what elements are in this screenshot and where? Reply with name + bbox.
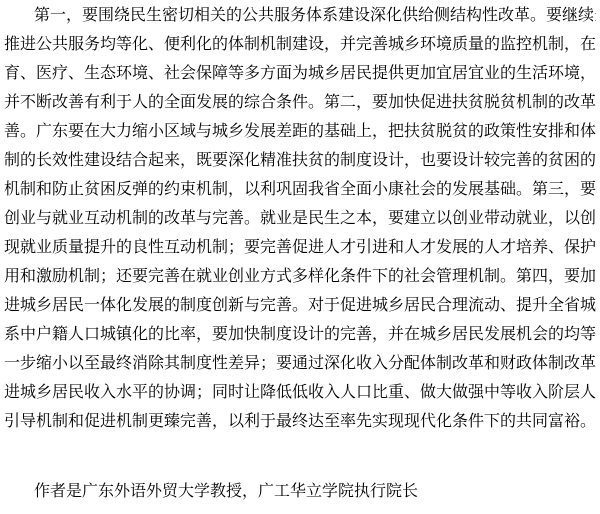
body-paragraph: 第一，要围绕民生密切相关的公共服务体系建设深化供给侧结构性改革。要继续全面 推进… [4,0,596,435]
paragraph-line: 进城乡居民一体化发展的制度创新与完善。对于促进城乡居民合理流动、提升全省城镇体 [4,290,596,319]
paragraph-line: 第一，要围绕民生密切相关的公共服务体系建设深化供给侧结构性改革。要继续全面 [4,0,596,29]
paragraph-line: 一步缩小以至最终消除其制度性差异；要通过深化收入分配体制改革和财政体制改革，促 [4,348,596,377]
paragraph-line: 制的长效性建设结合起来，既要深化精准扶贫的制度设计，也要设计较完善的贫困的退出 [4,145,596,174]
paragraph-line: 引导机制和促进机制更臻完善，以利于最终达至率先实现现代化条件下的共同富裕。 [4,406,596,435]
paragraph-line: 育、医疗、生态环境、社会保障等多方面为城乡居民提供更加宜居宜业的生活环境，创造 [4,58,596,87]
paragraph-line: 创业与就业互动机制的改革与完善。就业是民生之本，要建立以创业带动就业，以创新实 [4,203,596,232]
paragraph-line: 机制和防止贫困反弹的约束机制，以利巩固我省全面小康社会的发展基础。第三，要加快 [4,174,596,203]
paragraph-line: 推进公共服务均等化、便利化的体制机制建设，并完善城乡环境质量的监控机制，在教 [4,29,596,58]
paragraph-line: 用和激励机制；还要完善在就业创业方式多样化条件下的社会管理机制。第四，要加强促 [4,261,596,290]
document-page: 第一，要围绕民生密切相关的公共服务体系建设深化供给侧结构性改革。要继续全面 推进… [0,0,600,514]
paragraph-line: 现就业质量提升的良性互动机制；要完善促进人才引进和人才发展的人才培养、保护、使 [4,232,596,261]
paragraph-line: 并不断改善有利于人的全面发展的综合条件。第二，要加快促进扶贫脱贫机制的改革与完 [4,87,596,116]
author-line: 作者是广东外语外贸大学教授，广工华立学院执行院长 [4,476,596,505]
paragraph-line: 进城乡居民收入水平的协调；同时让降低低收入人口比重、做大做强中等收入阶层人口的 [4,377,596,406]
paragraph-line: 善。广东要在大力缩小区域与城乡发展差距的基础上，把扶贫脱贫的政策性安排和体制机 [4,116,596,145]
paragraph-line: 系中户籍人口城镇化的比率，要加快制度设计的完善，并在城乡居民发展机会的均等上进 [4,319,596,348]
